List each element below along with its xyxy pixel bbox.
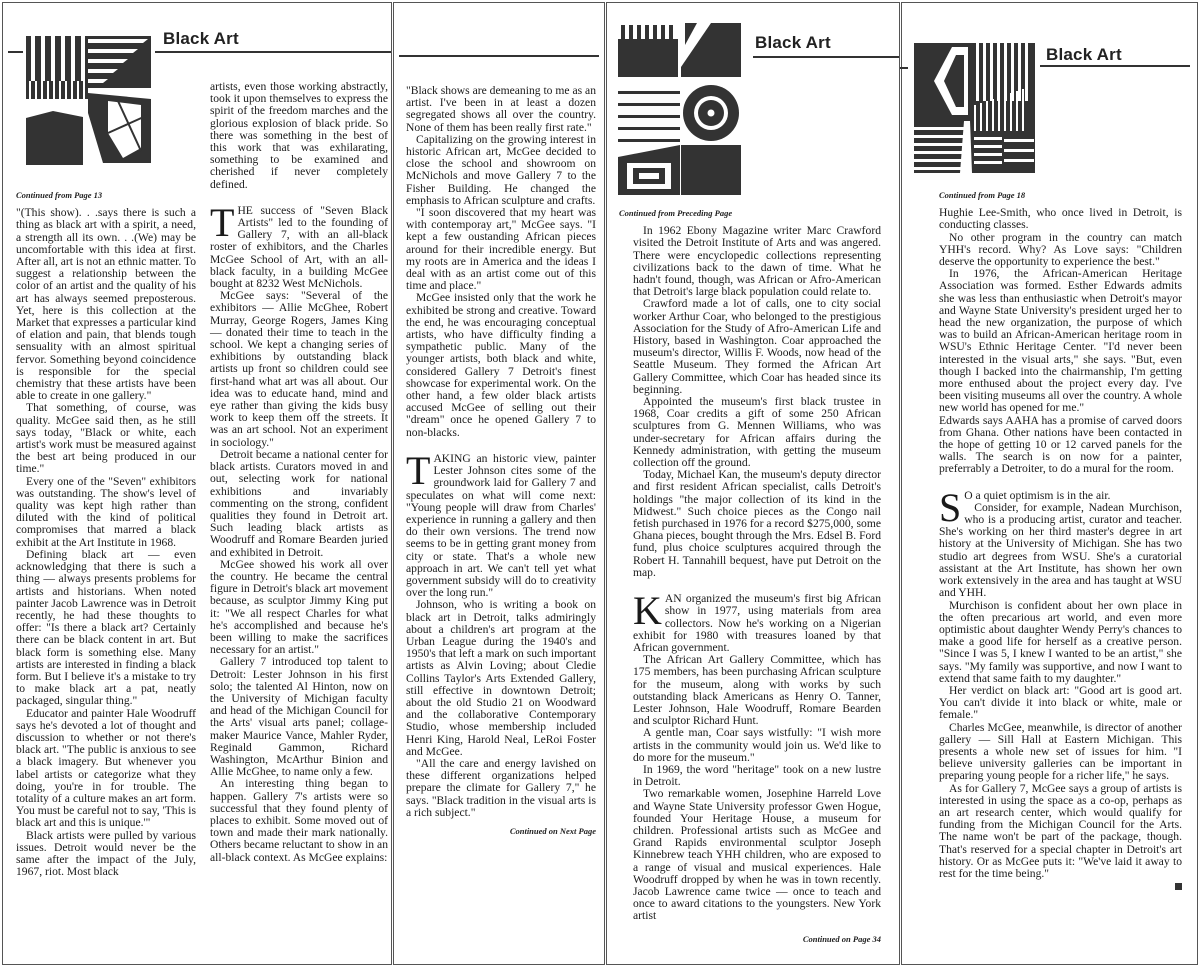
paragraph: Crawford made a lot of calls, one to cit… bbox=[633, 298, 881, 396]
article-column-2: artists, even those working abstractly, … bbox=[210, 81, 388, 864]
paragraph: In 1962 Ebony Magazine writer Marc Crawf… bbox=[633, 225, 881, 298]
paragraph: "Black shows are demeaning to me as an a… bbox=[406, 85, 596, 134]
paragraph: McGee insisted only that the work he exh… bbox=[406, 292, 596, 438]
drop-cap: S bbox=[939, 492, 961, 524]
paragraph-with-dropcap: KAN organized the museum's first big Afr… bbox=[633, 593, 881, 654]
page-panel-1: Black Art Continued from Page 13 "(This … bbox=[2, 2, 392, 965]
paragraph: Edwards says AAHA has a promise of carve… bbox=[939, 415, 1182, 476]
paragraph: As for Gallery 7, McGee says a group of … bbox=[939, 783, 1182, 881]
header-rule bbox=[753, 56, 899, 58]
paragraph: An interesting thing began to happen. Ga… bbox=[210, 778, 388, 863]
paragraph-with-dropcap: THE success of "Seven Black Artists" led… bbox=[210, 205, 388, 290]
article-column-5: Continued from Page 18 Hughie Lee-Smith,… bbox=[939, 189, 1182, 890]
paragraph: "(This show). . .says there is such a th… bbox=[16, 207, 196, 402]
paragraph: "I soon discovered that my heart was wit… bbox=[406, 207, 596, 292]
section-heading: Black Art bbox=[1046, 45, 1122, 65]
paragraph: McGee showed his work all over the count… bbox=[210, 559, 388, 657]
drop-cap: T bbox=[210, 207, 234, 239]
section-heading: Black Art bbox=[755, 33, 831, 53]
paragraph: That something, of course, was quality. … bbox=[16, 402, 196, 475]
header-rule bbox=[399, 55, 599, 57]
continued-from-label: Continued from Preceding Page bbox=[619, 207, 881, 219]
drop-cap: K bbox=[633, 595, 662, 627]
paragraph: Appointed the museum's first black trust… bbox=[633, 396, 881, 469]
paragraph: A gentle man, Coar says wistfully: "I wi… bbox=[633, 727, 881, 764]
article-column-3: "Black shows are demeaning to me as an a… bbox=[406, 85, 596, 837]
paragraph: In 1976, the African-American Heritage A… bbox=[939, 268, 1182, 414]
paragraph: Every one of the "Seven" exhibitors was … bbox=[16, 476, 196, 549]
paragraph-text: O a quiet optimism is in the air. bbox=[964, 489, 1110, 502]
paragraph: The African Art Gallery Committee, which… bbox=[633, 654, 881, 727]
page-panel-4: Black Art Continued from Page 18 Hughie … bbox=[901, 2, 1198, 965]
paragraph: McGee says: "Several of the exhibitors —… bbox=[210, 290, 388, 449]
header-rule bbox=[900, 67, 908, 69]
page-panel-2: "Black shows are demeaning to me as an a… bbox=[393, 2, 605, 965]
continued-on-label: Continued on Next Page bbox=[406, 825, 596, 837]
abstract-artwork-1 bbox=[23, 33, 155, 169]
paragraph: Charles McGee, meanwhile, is director of… bbox=[939, 722, 1182, 783]
paragraph: Hughie Lee-Smith, who once lived in Detr… bbox=[939, 207, 1182, 231]
drop-cap: T bbox=[406, 455, 430, 487]
end-of-article-mark-icon bbox=[1175, 883, 1182, 890]
paragraph: Consider, for example, Nadean Murchison,… bbox=[939, 502, 1182, 600]
header-rule bbox=[155, 51, 391, 53]
paragraph-text: HE success of "Seven Black Artists" led … bbox=[210, 204, 388, 290]
paragraph: No other program in the country can matc… bbox=[939, 232, 1182, 269]
paragraph: Her verdict on black art: "Good art is g… bbox=[939, 685, 1182, 722]
paragraph: Educator and painter Hale Woodruff says … bbox=[16, 708, 196, 830]
paragraph-with-dropcap: TAKING an historic view, painter Lester … bbox=[406, 453, 596, 599]
paragraph: Two remarkable women, Josephine Harreld … bbox=[633, 788, 881, 922]
paragraph-text: AKING an historic view, painter Lester J… bbox=[406, 452, 596, 599]
header-rule bbox=[1040, 65, 1190, 67]
paragraph: Today, Michael Kan, the museum's deputy … bbox=[633, 469, 881, 579]
paragraph: In 1969, the word "heritage" took on a n… bbox=[633, 764, 881, 788]
continued-from-label: Continued from Page 18 bbox=[939, 189, 1182, 201]
continued-from-label: Continued from Page 13 bbox=[16, 189, 196, 201]
paragraph: artists, even those working abstractly, … bbox=[210, 81, 388, 191]
paragraph: Capitalizing on the growing interest in … bbox=[406, 134, 596, 207]
continued-on-label: Continued on Page 34 bbox=[633, 933, 881, 945]
article-column-1: Continued from Page 13 "(This show). . .… bbox=[16, 189, 196, 878]
abstract-artwork-2 bbox=[615, 17, 745, 199]
paragraph: Johnson, who is writing a book on black … bbox=[406, 599, 596, 758]
article-column-4: Continued from Preceding Page In 1962 Eb… bbox=[633, 207, 881, 945]
paragraph-text: AN organized the museum's first big Afri… bbox=[633, 592, 881, 654]
paragraph: Detroit became a national center for bla… bbox=[210, 449, 388, 559]
section-heading: Black Art bbox=[163, 29, 239, 49]
paragraph: "All the care and energy lavished on the… bbox=[406, 758, 596, 819]
paragraph: Murchison is confident about her own pla… bbox=[939, 600, 1182, 685]
paragraph: Gallery 7 introduced top talent to Detro… bbox=[210, 656, 388, 778]
paragraph: Defining black art — even acknowledging … bbox=[16, 549, 196, 708]
abstract-artwork-3 bbox=[912, 41, 1038, 177]
page-panel-3: Black Art Continued from Preceding Page … bbox=[606, 2, 900, 965]
paragraph: Black artists were pulled by various iss… bbox=[16, 830, 196, 879]
